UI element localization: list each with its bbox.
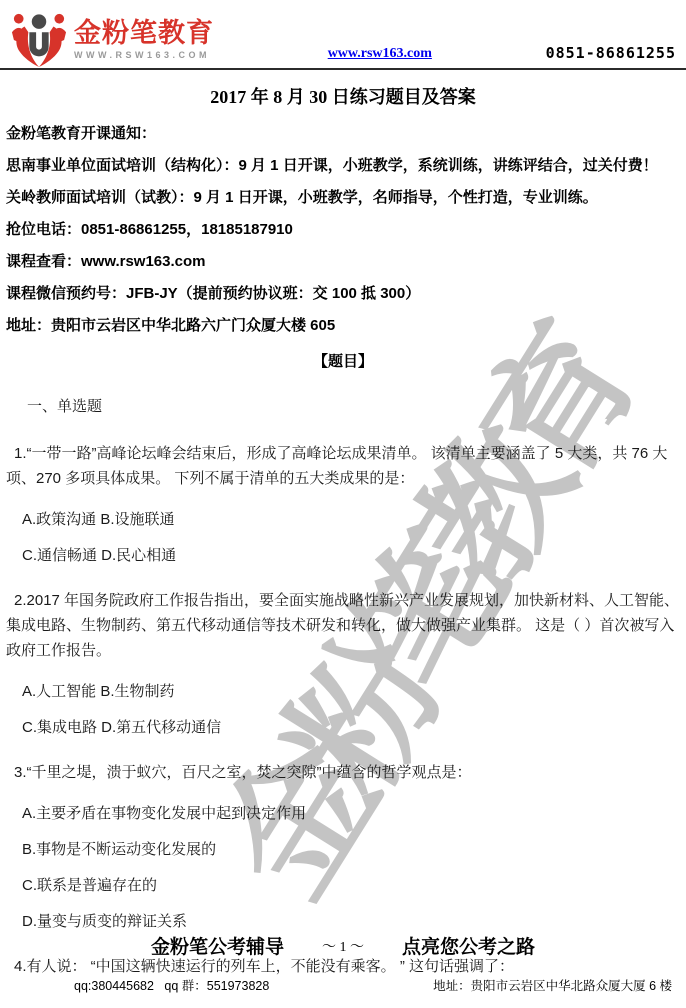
page-number: ～ 1 ～	[322, 936, 364, 956]
footer-banner: 金粉笔公考辅导 ～ 1 ～ 点亮您公考之路	[0, 932, 686, 959]
option-line: A.政策沟通 B.设施联通	[0, 512, 686, 527]
question-1: 1.“一带一路”高峰论坛峰会结束后，形成了高峰论坛成果清单。 该清单主要涵盖了 …	[0, 441, 686, 563]
option-line: A.人工智能 B.生物制药	[0, 684, 686, 699]
footer-qq-info: qq:380445682 qq 群：551973828	[74, 976, 269, 994]
page-footer: 金粉笔公考辅导 ～ 1 ～ 点亮您公考之路 qq:380445682 qq 群：…	[0, 928, 686, 1008]
footer-address: 地址：贵阳市云岩区中华北路众厦大厦 6 楼	[433, 976, 672, 994]
notice-line: 地址：贵阳市云岩区中华北路六广门众厦大楼 605	[6, 318, 680, 333]
option-line: D.量变与质变的辩证关系	[0, 914, 686, 929]
notice-line: 金粉笔教育开课通知：	[6, 126, 680, 141]
option-line: C.通信畅通 D.民心相通	[0, 548, 686, 563]
notice-line: 课程查看：www.rsw163.com	[6, 254, 680, 269]
notice-block: 金粉笔教育开课通知： 思南事业单位面试培训（结构化）：9 月 1 日开课，小班教…	[0, 126, 686, 333]
option-line: A.主要矛盾在事物变化发展中起到决定作用	[0, 806, 686, 821]
phone-number: 0851-86861255	[546, 44, 676, 68]
question-2: 2.2017 年国务院政府工作报告指出，要全面实施战略性新兴产业发展规划，加快新…	[0, 588, 686, 735]
option-line: C.联系是普遍存在的	[0, 878, 686, 893]
document-page: 金粉笔教育	[0, 0, 686, 1008]
brand-site-url: WWW.RSW163.COM	[74, 51, 214, 60]
page-header: 金粉笔教育 WWW.RSW163.COM www.rsw163.com 0851…	[0, 0, 686, 70]
brand-logo-icon	[10, 12, 68, 68]
question-text: 3.“千里之堤，溃于蚁穴，百尺之室，焚之突隙”中蕴含的哲学观点是：	[0, 760, 686, 785]
brand-name: 金粉笔教育	[74, 20, 214, 47]
footer-contact-row: qq:380445682 qq 群：551973828 地址：贵阳市云岩区中华北…	[0, 976, 686, 994]
page-title: 2017 年 8 月 30 日练习题目及答案	[0, 83, 686, 109]
option-line: B.事物是不断运动变化发展的	[0, 842, 686, 857]
notice-line: 关岭教师面试培训（试教）：9 月 1 日开课，小班教学，名师指导，个性打造，专业…	[6, 190, 680, 205]
brand-logo: 金粉笔教育 WWW.RSW163.COM	[10, 12, 214, 68]
notice-line: 课程微信预约号：JFB-JY（提前预约协议班：交 100 抵 300）	[6, 286, 680, 301]
question-text: 2.2017 年国务院政府工作报告指出，要全面实施战略性新兴产业发展规划，加快新…	[0, 588, 686, 663]
brand-logo-text: 金粉笔教育 WWW.RSW163.COM	[74, 20, 214, 60]
section-heading: 一、单选题	[27, 395, 686, 416]
notice-line: 思南事业单位面试培训（结构化）：9 月 1 日开课，小班教学，系统训练，讲练评结…	[6, 158, 680, 173]
notice-line: 抢位电话：0851-86861255，18185187910	[6, 222, 680, 237]
question-text: 1.“一带一路”高峰论坛峰会结束后，形成了高峰论坛成果清单。 该清单主要涵盖了 …	[0, 441, 686, 491]
site-link[interactable]: www.rsw163.com	[328, 46, 432, 68]
footer-slogan: 点亮您公考之路	[402, 932, 535, 959]
option-line: C.集成电路 D.第五代移动通信	[0, 720, 686, 735]
footer-brand: 金粉笔公考辅导	[151, 932, 284, 959]
section-marker: 【题目】	[0, 350, 686, 371]
question-3: 3.“千里之堤，溃于蚁穴，百尺之室，焚之突隙”中蕴含的哲学观点是： A.主要矛盾…	[0, 760, 686, 929]
